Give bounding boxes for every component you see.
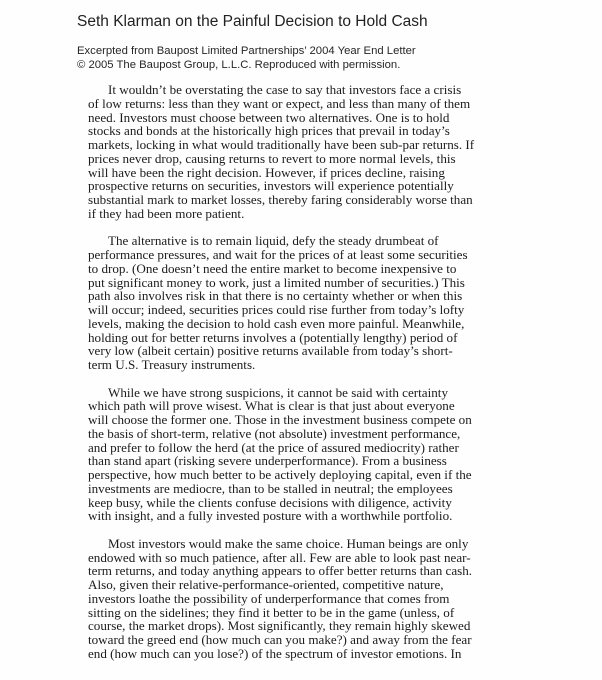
text-line: investments are mediocre, than to be sta… xyxy=(88,482,518,496)
paragraph: It wouldn’t be overstating the case to s… xyxy=(88,83,518,221)
text-line: markets, locking in what would tradition… xyxy=(88,138,518,152)
text-line: endowed with so much patience, after all… xyxy=(88,551,518,565)
text-line: will have been the right decision. Howev… xyxy=(88,166,518,180)
text-line: and prefer to follow the herd (at the pr… xyxy=(88,441,518,455)
text-line: levels, making the decision to hold cash… xyxy=(88,317,518,331)
text-line: need. Investors must choose between two … xyxy=(88,111,518,125)
text-line: which path will prove wisest. What is cl… xyxy=(88,399,518,413)
document-title: Seth Klarman on the Painful Decision to … xyxy=(77,13,428,31)
text-line: term U.S. Treasury instruments. xyxy=(88,358,518,372)
paragraph: The alternative is to remain liquid, def… xyxy=(88,234,518,372)
text-line: toward the greed end (how much can you m… xyxy=(88,633,518,647)
text-line: holding out for better returns involves … xyxy=(88,331,518,345)
text-line: substantial mark to market losses, there… xyxy=(88,193,518,207)
text-line: the basis of short-term, relative (not a… xyxy=(88,427,518,441)
text-line: keep busy, while the clients confuse dec… xyxy=(88,496,518,510)
text-line: While we have strong suspicions, it cann… xyxy=(88,386,518,400)
text-line: of low returns: less than they want or e… xyxy=(88,97,518,111)
text-line: investors loathe the possibility of unde… xyxy=(88,592,518,606)
document-body: It wouldn’t be overstating the case to s… xyxy=(88,83,518,674)
text-line: than stand apart (risking severe underpe… xyxy=(88,454,518,468)
text-line: It wouldn’t be overstating the case to s… xyxy=(88,83,518,97)
text-line: stocks and bonds at the historically hig… xyxy=(88,124,518,138)
document-page: Seth Klarman on the Painful Decision to … xyxy=(0,0,602,680)
text-line: to drop. (One doesn’t need the entire ma… xyxy=(88,262,518,276)
text-line: performance pressures, and wait for the … xyxy=(88,248,518,262)
paragraph: While we have strong suspicions, it cann… xyxy=(88,386,518,524)
source-line: Excerpted from Baupost Limited Partnersh… xyxy=(77,44,416,58)
text-line: The alternative is to remain liquid, def… xyxy=(88,234,518,248)
text-line: end (how much can you lose?) of the spec… xyxy=(88,647,518,661)
text-line: if they had been more patient. xyxy=(88,207,518,221)
text-line: Most investors would make the same choic… xyxy=(88,537,518,551)
text-line: will occur; indeed, securities prices co… xyxy=(88,303,518,317)
text-line: course, the market drops). Most signific… xyxy=(88,619,518,633)
text-line: prices never drop, causing returns to re… xyxy=(88,152,518,166)
text-line: perspective, how much better to be activ… xyxy=(88,468,518,482)
text-line: Also, given their relative-performance-o… xyxy=(88,578,518,592)
text-line: very low (albeit certain) positive retur… xyxy=(88,344,518,358)
paragraph: Most investors would make the same choic… xyxy=(88,537,518,661)
text-line: sitting on the sidelines; they find it b… xyxy=(88,606,518,620)
text-line: will choose the former one. Those in the… xyxy=(88,413,518,427)
copyright-line: © 2005 The Baupost Group, L.L.C. Reprodu… xyxy=(77,58,416,72)
text-line: with insight, and a fully invested postu… xyxy=(88,509,518,523)
text-line: term returns, and today anything appears… xyxy=(88,564,518,578)
text-line: path also involves risk in that there is… xyxy=(88,289,518,303)
document-source-info: Excerpted from Baupost Limited Partnersh… xyxy=(77,44,416,72)
text-line: put significant money to work, just a li… xyxy=(88,276,518,290)
text-line: prospective returns on securities, inves… xyxy=(88,179,518,193)
